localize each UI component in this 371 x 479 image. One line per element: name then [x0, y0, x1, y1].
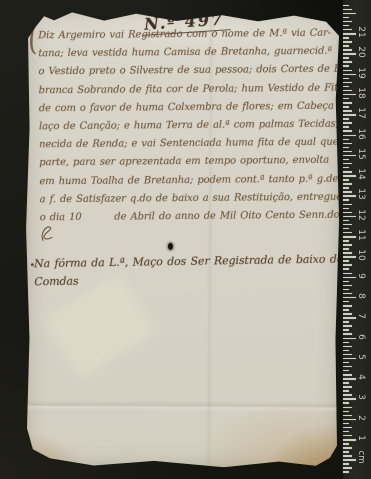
ruler-tick — [343, 163, 352, 165]
ruler-tick — [343, 431, 349, 433]
ruler-tick — [343, 285, 352, 287]
ruler-tick — [343, 98, 349, 100]
ruler-number-label: 10 — [356, 248, 366, 262]
ruler-tick — [343, 143, 352, 145]
ruler-number-label: 15 — [356, 147, 366, 161]
manuscript-line: o dia 10 de Abril do anno de Mil Oito Ce… — [40, 207, 342, 228]
ruler-tick — [343, 394, 352, 396]
ruler-tick — [343, 256, 356, 258]
ruler-tick — [343, 110, 352, 112]
ruler-tick — [343, 411, 349, 413]
ruler-number-label: 6 — [356, 330, 366, 344]
ruler-tick — [343, 264, 352, 266]
ruler-tick — [343, 195, 356, 197]
ruler-number-label: 20 — [356, 45, 366, 59]
ruler-number-label: 12 — [356, 208, 366, 222]
ruler-tick — [343, 135, 356, 137]
ruler-number-label: 14 — [356, 167, 366, 181]
ruler-number-label: 2 — [356, 411, 366, 425]
ruler-tick — [343, 459, 356, 461]
ruler-tick — [343, 236, 356, 238]
ruler-tick — [343, 301, 349, 303]
ruler-tick — [343, 240, 349, 242]
ruler-number-label: 13 — [356, 187, 366, 201]
ruler-tick — [343, 49, 352, 51]
rubric-flourish-icon — [39, 224, 55, 246]
ruler-tick — [343, 45, 349, 47]
ruler-tick — [343, 37, 349, 39]
archivist-note: Na fórma da L.ª, Maço dos Ser Registrada… — [34, 251, 335, 292]
ruler-tick — [343, 325, 352, 327]
ruler-tick — [343, 252, 352, 254]
ruler-tick — [343, 199, 349, 201]
ruler-number-label: 11 — [356, 228, 366, 242]
ruler-tick — [343, 139, 349, 141]
ruler-tick — [343, 378, 356, 380]
ruler-tick — [343, 244, 352, 246]
ruler-number-label: 18 — [356, 86, 366, 100]
ruler-tick — [343, 70, 352, 72]
ruler-number-label: 9 — [356, 269, 366, 283]
ruler-tick — [343, 5, 349, 7]
ruler-tick — [343, 297, 356, 299]
ruler-tick — [343, 435, 352, 437]
ruler-tick — [343, 224, 352, 226]
ruler-tick — [343, 106, 349, 108]
ruler-tick — [343, 305, 352, 307]
ruler-number-label: 1 — [356, 431, 366, 445]
manuscript-line: em huma Toalha de Bretanha; podem cont.ª… — [39, 170, 341, 191]
ruler-tick — [343, 374, 352, 376]
ruler-tick — [343, 130, 352, 132]
measurement-ruler: 212019181716151413121110987654321 cm — [343, 0, 371, 479]
ruler-tick — [343, 53, 356, 55]
ruler-tick — [343, 423, 349, 425]
ruler-tick — [343, 333, 352, 335]
ruler-tick — [343, 281, 349, 283]
ruler-number-label: 5 — [356, 350, 366, 364]
ruler-tick — [343, 159, 349, 161]
ruler-tick — [343, 321, 349, 323]
ruler-tick — [343, 370, 349, 372]
ruler-tick — [343, 346, 352, 348]
ruler-tick — [343, 350, 349, 352]
ruler-tick — [343, 191, 352, 193]
ruler-tick — [343, 342, 349, 344]
ruler-tick — [343, 41, 352, 43]
ruler-tick — [343, 443, 349, 445]
ruler-tick — [343, 29, 352, 31]
ruler-tick — [343, 82, 352, 84]
manuscript-line: branca Sobrando de fita cor de Perola; h… — [39, 79, 341, 100]
ruler-tick — [343, 220, 349, 222]
ruler-number-label: 3 — [356, 390, 366, 404]
ruler-tick — [343, 329, 349, 331]
ruler-tick — [343, 463, 349, 465]
ink-speck — [31, 263, 34, 266]
ruler-tick — [343, 78, 349, 80]
ruler-tick — [343, 455, 352, 457]
ruler-number-label: 4 — [356, 370, 366, 384]
ruler-number-label: 21 — [356, 25, 366, 39]
manuscript-line: parte, para ser aprezentada em tempo opo… — [39, 152, 341, 173]
ruler-tick — [343, 232, 352, 234]
ruler-tick — [343, 187, 349, 189]
ruler-tick — [343, 309, 349, 311]
ruler-tick — [343, 179, 349, 181]
ruler-tick — [343, 25, 349, 27]
ruler-tick — [343, 151, 352, 153]
ruler-tick — [343, 57, 349, 59]
ruler-number-label: 16 — [356, 127, 366, 141]
ruler-tick — [343, 216, 356, 218]
manuscript-line: o Vestido preto o Silvestre de sua pesso… — [38, 61, 340, 82]
ruler-tick — [343, 228, 349, 230]
ruler-tick — [343, 273, 352, 275]
ruler-tick — [343, 317, 356, 319]
ruler-tick — [343, 338, 356, 340]
ruler-tick — [343, 21, 352, 23]
ruler-number-label: 8 — [356, 289, 366, 303]
manuscript-page: N.º 497 ( Diz Argemiro vai Registrado co… — [24, 8, 341, 469]
ruler-tick — [343, 415, 352, 417]
ruler-tick — [343, 175, 356, 177]
ruler-tick — [343, 33, 356, 35]
ruler-tick — [343, 366, 352, 368]
ruler-tick — [343, 398, 356, 400]
ruler-tick — [343, 126, 349, 128]
ruler-tick — [343, 167, 349, 169]
ruler-tick — [343, 65, 349, 67]
ruler-tick — [343, 248, 349, 250]
ruler-tick — [343, 419, 356, 421]
ruler-tick — [343, 147, 349, 149]
ruler-tick — [343, 354, 352, 356]
ruler-tick — [343, 183, 352, 185]
ruler-tick — [343, 9, 352, 11]
ruler-tick — [343, 260, 349, 262]
ruler-tick — [343, 313, 352, 315]
ruler-tick — [343, 212, 352, 214]
ruler-tick — [343, 13, 356, 15]
ruler-tick — [343, 362, 349, 364]
ruler-tick — [343, 293, 352, 295]
ruler-tick — [343, 390, 349, 392]
ruler-tick — [343, 102, 352, 104]
ruler-tick — [343, 118, 349, 120]
ruler-tick — [343, 289, 349, 291]
ruler-number-label: 19 — [356, 66, 366, 80]
ruler-tick — [343, 17, 349, 19]
ink-blot — [168, 243, 173, 250]
ruler-tick — [343, 427, 352, 429]
ruler-tick — [343, 447, 352, 449]
ruler-tick — [343, 208, 349, 210]
ruler-number-label: 7 — [356, 309, 366, 323]
manuscript-body: Diz Argemiro vai Registrado com o nome d… — [38, 25, 342, 228]
ruler-tick — [343, 402, 349, 404]
ruler-tick — [343, 467, 352, 469]
ruler-tick — [343, 439, 356, 441]
ruler-unit-label: cm — [356, 450, 366, 464]
ruler-tick — [343, 94, 356, 96]
ruler-tick — [343, 268, 349, 270]
ruler-tick — [343, 155, 356, 157]
ruler-number-label: 17 — [356, 106, 366, 120]
ruler-tick — [343, 74, 356, 76]
ruler-tick — [343, 61, 352, 63]
ruler-tick — [343, 86, 349, 88]
ruler-tick — [343, 451, 349, 453]
horizontal-fold-crease — [24, 400, 339, 412]
ruler-tick — [343, 122, 352, 124]
ruler-tick — [343, 114, 356, 116]
ruler-tick — [343, 204, 352, 206]
ruler-tick — [343, 382, 349, 384]
ruler-tick — [343, 386, 352, 388]
ruler-tick — [343, 277, 356, 279]
ruler-tick — [343, 171, 352, 173]
ruler-tick — [343, 90, 352, 92]
ruler-tick — [343, 358, 356, 360]
ruler-tick — [343, 471, 349, 473]
ruler-tick — [343, 407, 352, 409]
